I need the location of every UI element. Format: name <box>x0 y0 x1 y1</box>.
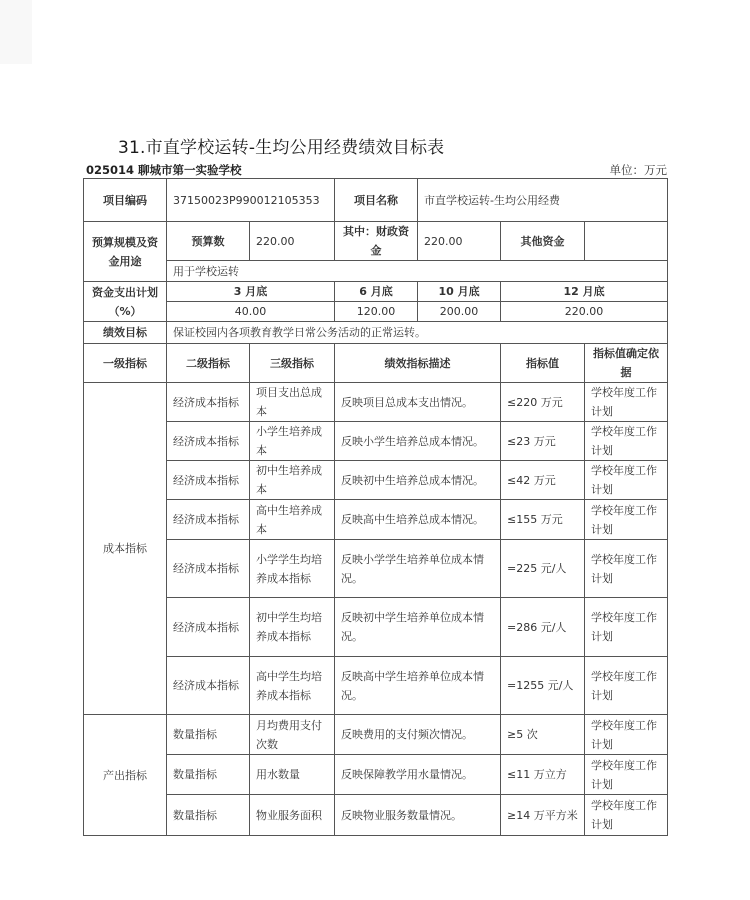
description-cell: 反映保障教学用水量情况。 <box>335 755 501 795</box>
header-value: 指标值 <box>501 344 585 383</box>
project-code: 37150023P990012105353 <box>167 179 335 222</box>
plan-value-4: 220.00 <box>501 302 668 322</box>
project-name: 市直学校运转-生均公用经费 <box>418 179 668 222</box>
header-description: 绩效指标描述 <box>335 344 501 383</box>
project-name-label: 项目名称 <box>335 179 418 222</box>
budget-row: 预算规模及资金用途 预算数 220.00 其中：财政资金 220.00 其他资金 <box>84 222 668 261</box>
description-cell: 反映初中生培养总成本情况。 <box>335 461 501 500</box>
level3-cell: 小学学生均培养成本指标 <box>250 540 335 598</box>
other-funds-value <box>585 222 668 261</box>
description-cell: 反映小学学生培养单位成本情况。 <box>335 540 501 598</box>
unit-label: 单位：万元 <box>610 162 668 178</box>
plan-value-1: 40.00 <box>167 302 335 322</box>
plan-period-3: 10 月底 <box>418 282 501 302</box>
description-cell: 反映物业服务数量情况。 <box>335 795 501 836</box>
description-cell: 反映小学生培养总成本情况。 <box>335 422 501 461</box>
fiscal-funds-value: 220.00 <box>418 222 501 261</box>
performance-target-table: 项目编码 37150023P990012105353 项目名称 市直学校运转-生… <box>83 178 668 836</box>
level3-cell: 物业服务面积 <box>250 795 335 836</box>
description-cell: 反映项目总成本支出情况。 <box>335 383 501 422</box>
value-cell: ≤23 万元 <box>501 422 585 461</box>
value-cell: ≤11 万立方 <box>501 755 585 795</box>
level3-cell: 高中学生均培养成本指标 <box>250 657 335 715</box>
budget-section-label: 预算规模及资金用途 <box>84 222 167 282</box>
level2-cell: 数量指标 <box>167 755 250 795</box>
value-cell: ≤220 万元 <box>501 383 585 422</box>
basis-cell: 学校年度工作计划 <box>585 598 668 657</box>
level2-cell: 经济成本指标 <box>167 383 250 422</box>
level3-cell: 小学生培养成本 <box>250 422 335 461</box>
basis-cell: 学校年度工作计划 <box>585 383 668 422</box>
funds-purpose: 用于学校运转 <box>167 261 668 282</box>
description-cell: 反映费用的支付频次情况。 <box>335 715 501 755</box>
goal-text: 保证校园内各项教育教学日常公务活动的正常运转。 <box>167 322 668 344</box>
value-cell: ≤155 万元 <box>501 500 585 540</box>
spending-plan-label: 资金支出计划（%） <box>84 282 167 322</box>
table-row: 经济成本指标 高中学生均培养成本指标 反映高中学生培养单位成本情况。 =1255… <box>84 657 668 715</box>
level2-cell: 经济成本指标 <box>167 657 250 715</box>
organization-name: 025014 聊城市第一实验学校 <box>86 162 242 178</box>
table-row: 数量指标 用水数量 反映保障教学用水量情况。 ≤11 万立方 学校年度工作计划 <box>84 755 668 795</box>
project-code-label: 项目编码 <box>84 179 167 222</box>
level3-cell: 初中学生均培养成本指标 <box>250 598 335 657</box>
indicator-header-row: 一级指标 二级指标 三级指标 绩效指标描述 指标值 指标值确定依据 <box>84 344 668 383</box>
header-level1: 一级指标 <box>84 344 167 383</box>
other-funds-label: 其他资金 <box>501 222 585 261</box>
level3-cell: 用水数量 <box>250 755 335 795</box>
level3-cell: 项目支出总成本 <box>250 383 335 422</box>
basis-cell: 学校年度工作计划 <box>585 422 668 461</box>
table-row: 数量指标 物业服务面积 反映物业服务数量情况。 ≥14 万平方米 学校年度工作计… <box>84 795 668 836</box>
table-row: 经济成本指标 小学生培养成本 反映小学生培养总成本情况。 ≤23 万元 学校年度… <box>84 422 668 461</box>
level2-cell: 经济成本指标 <box>167 540 250 598</box>
fiscal-funds-label: 其中：财政资金 <box>335 222 418 261</box>
plan-period-1: 3 月底 <box>167 282 335 302</box>
table-row: 经济成本指标 小学学生均培养成本指标 反映小学学生培养单位成本情况。 =225 … <box>84 540 668 598</box>
goal-label: 绩效目标 <box>84 322 167 344</box>
plan-period-4: 12 月底 <box>501 282 668 302</box>
value-cell: =225 元/人 <box>501 540 585 598</box>
value-cell: ≥5 次 <box>501 715 585 755</box>
page-title: 31.市直学校运转-生均公用经费绩效目标表 <box>118 133 444 158</box>
basis-cell: 学校年度工作计划 <box>585 715 668 755</box>
table-row: 成本指标 经济成本指标 项目支出总成本 反映项目总成本支出情况。 ≤220 万元… <box>84 383 668 422</box>
level1-cost: 成本指标 <box>84 383 167 715</box>
level3-cell: 月均费用支付次数 <box>250 715 335 755</box>
level1-output: 产出指标 <box>84 715 167 836</box>
level2-cell: 数量指标 <box>167 795 250 836</box>
level2-cell: 经济成本指标 <box>167 500 250 540</box>
purpose-row: 用于学校运转 <box>84 261 668 282</box>
description-cell: 反映初中学生培养单位成本情况。 <box>335 598 501 657</box>
value-cell: =286 元/人 <box>501 598 585 657</box>
basis-cell: 学校年度工作计划 <box>585 657 668 715</box>
plan-value-row: 40.00 120.00 200.00 220.00 <box>84 302 668 322</box>
project-row: 项目编码 37150023P990012105353 项目名称 市直学校运转-生… <box>84 179 668 222</box>
value-cell: ≤42 万元 <box>501 461 585 500</box>
plan-value-3: 200.00 <box>418 302 501 322</box>
table-row: 经济成本指标 高中生培养成本 反映高中生培养总成本情况。 ≤155 万元 学校年… <box>84 500 668 540</box>
table-row: 产出指标 数量指标 月均费用支付次数 反映费用的支付频次情况。 ≥5 次 学校年… <box>84 715 668 755</box>
level3-cell: 初中生培养成本 <box>250 461 335 500</box>
level2-cell: 经济成本指标 <box>167 422 250 461</box>
value-cell: =1255 元/人 <box>501 657 585 715</box>
basis-cell: 学校年度工作计划 <box>585 795 668 836</box>
basis-cell: 学校年度工作计划 <box>585 755 668 795</box>
level2-cell: 经济成本指标 <box>167 598 250 657</box>
basis-cell: 学校年度工作计划 <box>585 540 668 598</box>
level2-cell: 数量指标 <box>167 715 250 755</box>
budget-value: 220.00 <box>250 222 335 261</box>
plan-period-2: 6 月底 <box>335 282 418 302</box>
table-row: 经济成本指标 初中生培养成本 反映初中生培养总成本情况。 ≤42 万元 学校年度… <box>84 461 668 500</box>
goal-row: 绩效目标 保证校园内各项教育教学日常公务活动的正常运转。 <box>84 322 668 344</box>
basis-cell: 学校年度工作计划 <box>585 461 668 500</box>
budget-label: 预算数 <box>167 222 250 261</box>
header-level2: 二级指标 <box>167 344 250 383</box>
header-level3: 三级指标 <box>250 344 335 383</box>
level2-cell: 经济成本指标 <box>167 461 250 500</box>
value-cell: ≥14 万平方米 <box>501 795 585 836</box>
basis-cell: 学校年度工作计划 <box>585 500 668 540</box>
level3-cell: 高中生培养成本 <box>250 500 335 540</box>
description-cell: 反映高中学生培养单位成本情况。 <box>335 657 501 715</box>
plan-period-row: 资金支出计划（%） 3 月底 6 月底 10 月底 12 月底 <box>84 282 668 302</box>
plan-value-2: 120.00 <box>335 302 418 322</box>
table-row: 经济成本指标 初中学生均培养成本指标 反映初中学生培养单位成本情况。 =286 … <box>84 598 668 657</box>
scan-artifact <box>0 0 32 64</box>
description-cell: 反映高中生培养总成本情况。 <box>335 500 501 540</box>
header-line: 025014 聊城市第一实验学校 单位：万元 <box>86 162 667 178</box>
header-basis: 指标值确定依据 <box>585 344 668 383</box>
